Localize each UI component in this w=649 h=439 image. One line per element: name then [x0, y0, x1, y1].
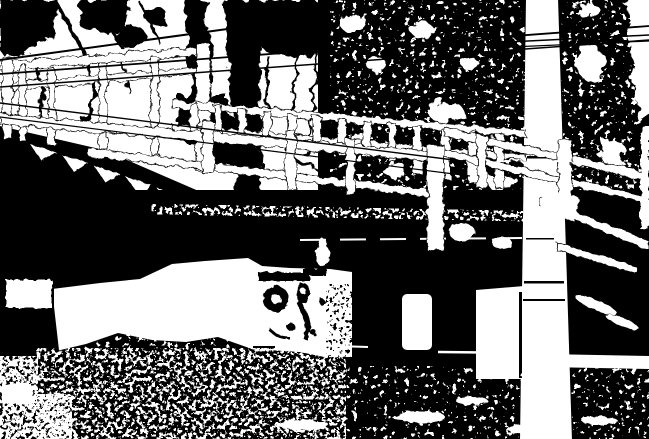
wall-between-piers	[402, 294, 432, 350]
photo-footbridge	[0, 0, 649, 439]
platform-edge-strip	[545, 354, 649, 369]
photo-canvas	[0, 0, 649, 439]
